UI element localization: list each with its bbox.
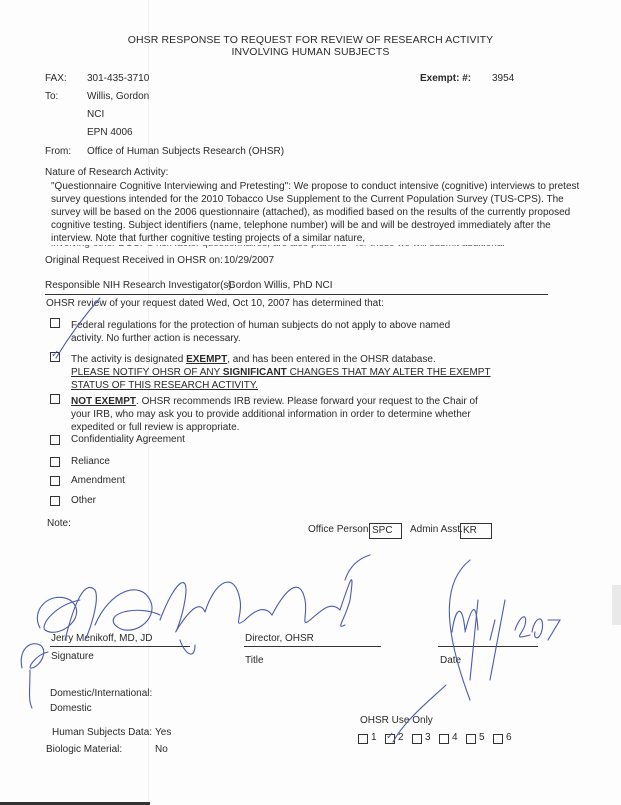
amendment-checkbox[interactable]: [50, 476, 60, 486]
office-person-label: Office Person: [308, 524, 368, 535]
notice-keyword: SIGNIFICANT: [223, 367, 287, 378]
to-name: Willis, Gordon: [87, 91, 149, 102]
note-label: Note:: [47, 518, 71, 529]
exempt-checkbox[interactable]: ✓: [50, 352, 60, 362]
checkmark-icon: ✓: [51, 350, 59, 360]
original-request-label: Original Request Received in OHSR on:: [45, 255, 223, 266]
ohsr-box-1-checkbox[interactable]: [358, 734, 368, 744]
investigator-label: Responsible NIH Research Investigator(s)…: [45, 280, 235, 291]
ohsr-box-6-checkbox[interactable]: [493, 734, 503, 744]
domestic-label: Domestic/International:: [50, 688, 152, 699]
office-person-field[interactable]: SPC: [369, 523, 402, 539]
human-subjects-value: Yes: [155, 727, 171, 738]
divider: [45, 294, 548, 295]
fax-label: FAX:: [45, 73, 67, 84]
federal-regs-checkbox[interactable]: [50, 318, 60, 328]
signer-title: Director, OHSR: [245, 633, 314, 644]
federal-regs-text: Federal regulations for the protection o…: [71, 319, 451, 345]
ohsr-box-label: 6: [506, 732, 512, 743]
scan-artifact: [612, 585, 621, 625]
ohsr-box-4-checkbox[interactable]: [439, 734, 449, 744]
biologic-value: No: [155, 744, 168, 755]
nature-label: Nature of Research Activity:: [45, 167, 168, 178]
exempt-number-value: 3954: [492, 73, 514, 84]
exempt-keyword: EXEMPT: [186, 354, 227, 365]
ohsr-box-2-checkbox[interactable]: ✓: [385, 734, 395, 744]
exempt-notice: PLEASE NOTIFY OHSR OF ANY SIGNIFICANT CH…: [71, 367, 491, 391]
ohsr-use-only-label: OHSR Use Only: [360, 715, 433, 726]
nature-text: "Questionnaire Cognitive Interviewing an…: [51, 180, 581, 245]
ohsr-box-label: 5: [479, 732, 485, 743]
other-checkbox[interactable]: [50, 496, 60, 506]
original-request-date: 10/29/2007: [224, 255, 274, 266]
exempt-text: The activity is designated EXEMPT, and h…: [71, 353, 491, 392]
nature-clipped-line: involving other DCCPS risk factor questi…: [51, 245, 581, 250]
not-exempt-keyword: NOT EXEMPT: [71, 396, 136, 407]
ohsr-box-label: 4: [452, 732, 458, 743]
signature-label: Signature: [51, 651, 94, 662]
ohsr-box-label: 2: [398, 732, 404, 743]
biologic-label: Biologic Material:: [46, 744, 122, 755]
investigator-value: Gordon Willis, PhD NCI: [228, 280, 332, 291]
to-org: NCI: [87, 109, 104, 120]
checkmark-icon: ✓: [386, 732, 394, 742]
date-label: Date: [440, 655, 461, 666]
review-statement: OHSR review of your request dated Wed, O…: [46, 298, 384, 309]
exempt-number-label: Exempt: #:: [420, 73, 471, 84]
document-title-line-2: INVOLVING HUMAN SUBJECTS: [0, 46, 621, 59]
other-label: Other: [71, 495, 96, 506]
ohsr-box-label: 1: [371, 732, 377, 743]
to-label: To:: [45, 91, 58, 102]
from-label: From:: [45, 146, 71, 157]
title-label: Title: [245, 655, 264, 666]
reliance-label: Reliance: [71, 456, 110, 467]
reliance-checkbox[interactable]: [50, 457, 60, 467]
to-address: EPN 4006: [87, 127, 133, 138]
signature-line: [50, 646, 190, 647]
admin-asst-field[interactable]: KR: [460, 523, 492, 539]
fax-value: 301-435-3710: [87, 73, 149, 84]
ohsr-box-3-checkbox[interactable]: [412, 734, 422, 744]
ohsr-box-5-checkbox[interactable]: [466, 734, 476, 744]
amendment-label: Amendment: [71, 475, 125, 486]
notice-before: PLEASE NOTIFY OHSR OF ANY: [71, 367, 223, 378]
confidentiality-checkbox[interactable]: [50, 435, 60, 445]
nature-clipped-text: involving other DCCPS risk factor questi…: [51, 245, 581, 250]
admin-asst-label: Admin Asst.: [410, 524, 463, 535]
ohsr-box-label: 3: [425, 732, 431, 743]
signer-name: Jerry Menikoff, MD, JD: [51, 633, 153, 644]
confidentiality-label: Confidentiality Agreement: [71, 434, 185, 445]
from-value: Office of Human Subjects Research (OHSR): [87, 146, 284, 157]
human-subjects-label: Human Subjects Data:: [52, 727, 152, 738]
not-exempt-checkbox[interactable]: [50, 394, 60, 404]
not-exempt-text: NOT EXEMPT. OHSR recommends IRB review. …: [71, 395, 491, 434]
date-line: [438, 646, 538, 647]
domestic-value: Domestic: [50, 703, 92, 714]
exempt-text-after: , and has been entered in the OHSR datab…: [227, 354, 435, 365]
title-line: [244, 646, 381, 647]
exempt-text-before: The activity is designated: [71, 354, 186, 365]
